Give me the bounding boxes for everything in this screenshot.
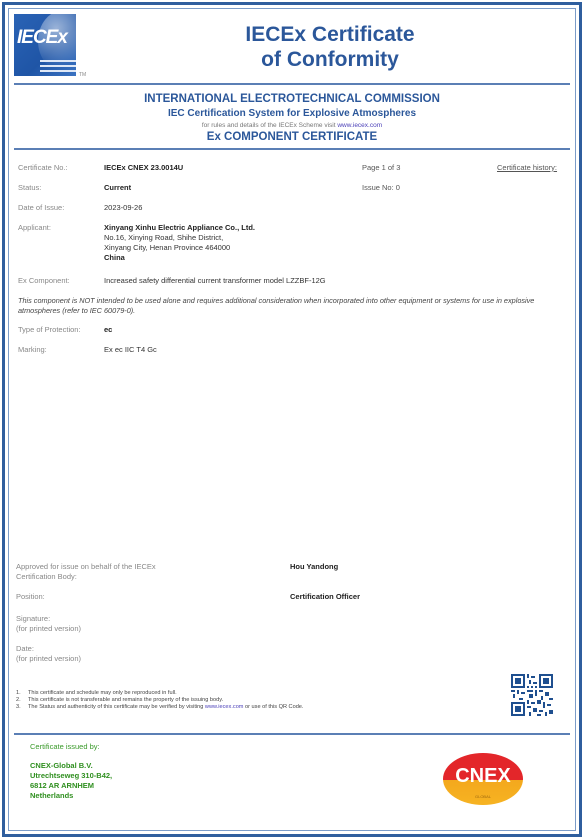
marking: Ex ec IIC T4 Gc: [104, 345, 157, 355]
issued-by-label: Certificate issued by:: [30, 742, 100, 751]
footnote: 3.The Status and authenticity of this ce…: [16, 704, 303, 711]
status-value: Current: [104, 183, 131, 193]
marking-label: Marking:: [18, 345, 47, 355]
issuer-address: CNEX-Global B.V. Utrechtseweg 310-B42, 6…: [30, 761, 112, 801]
divider: [14, 733, 570, 735]
iecex-verify-link[interactable]: www.iecex.com: [205, 704, 244, 710]
qr-code-icon[interactable]: [511, 674, 553, 716]
footnote: 2.This certificate is not transferable a…: [16, 697, 303, 704]
ex-component-label: Ex Component:: [18, 276, 70, 286]
approved-label: Approved for issue on behalf of the IECE…: [16, 562, 156, 582]
approver-name: Hou Yandong: [290, 562, 338, 571]
footnotes: 1.This certificate and schedule may only…: [16, 690, 303, 712]
ex-component: Increased safety differential current tr…: [104, 276, 326, 286]
org-name: INTERNATIONAL ELECTROTECHNICAL COMMISSIO…: [14, 93, 570, 105]
footnote: 1.This certificate and schedule may only…: [16, 690, 303, 697]
page-indicator: Page 1 of 3: [362, 163, 400, 172]
certificate-history-link[interactable]: Certificate history:: [497, 163, 557, 172]
iecex-link[interactable]: www.iecex.com: [337, 122, 382, 129]
certificate-no: IECEx CNEX 23.0014U: [104, 163, 183, 173]
signature-label: Signature: (for printed version): [16, 614, 81, 634]
logo-text: IECEx: [17, 27, 67, 49]
issue-no: Issue No: 0: [362, 183, 400, 192]
component-note: This component is NOT intended to be use…: [18, 296, 568, 316]
org-system: IEC Certification System for Explosive A…: [14, 108, 570, 119]
divider: [14, 148, 570, 150]
position-label: Position:: [16, 592, 45, 602]
iecex-logo: IECEx: [14, 14, 76, 76]
trademark: TM: [79, 72, 86, 78]
divider: [14, 83, 570, 85]
protection-type: ec: [104, 325, 112, 335]
date-of-issue-label: Date of Issue:: [18, 203, 64, 213]
position-value: Certification Officer: [290, 592, 360, 601]
cnex-logo: CNEX GLOBAL: [443, 753, 523, 805]
page-title: IECEx Certificate of Conformity: [160, 22, 500, 72]
status-label: Status:: [18, 183, 41, 193]
applicant: Xinyang Xinhu Electric Appliance Co., Lt…: [104, 223, 255, 263]
rules-text: for rules and details of the IECEx Schem…: [14, 122, 570, 129]
date-label: Date: (for printed version): [16, 644, 81, 664]
protection-label: Type of Protection:: [18, 325, 81, 335]
certificate-no-label: Certificate No.:: [18, 163, 68, 173]
date-of-issue: 2023-09-26: [104, 203, 142, 213]
applicant-label: Applicant:: [18, 223, 51, 233]
certificate-type: Ex COMPONENT CERTIFICATE: [14, 131, 570, 143]
